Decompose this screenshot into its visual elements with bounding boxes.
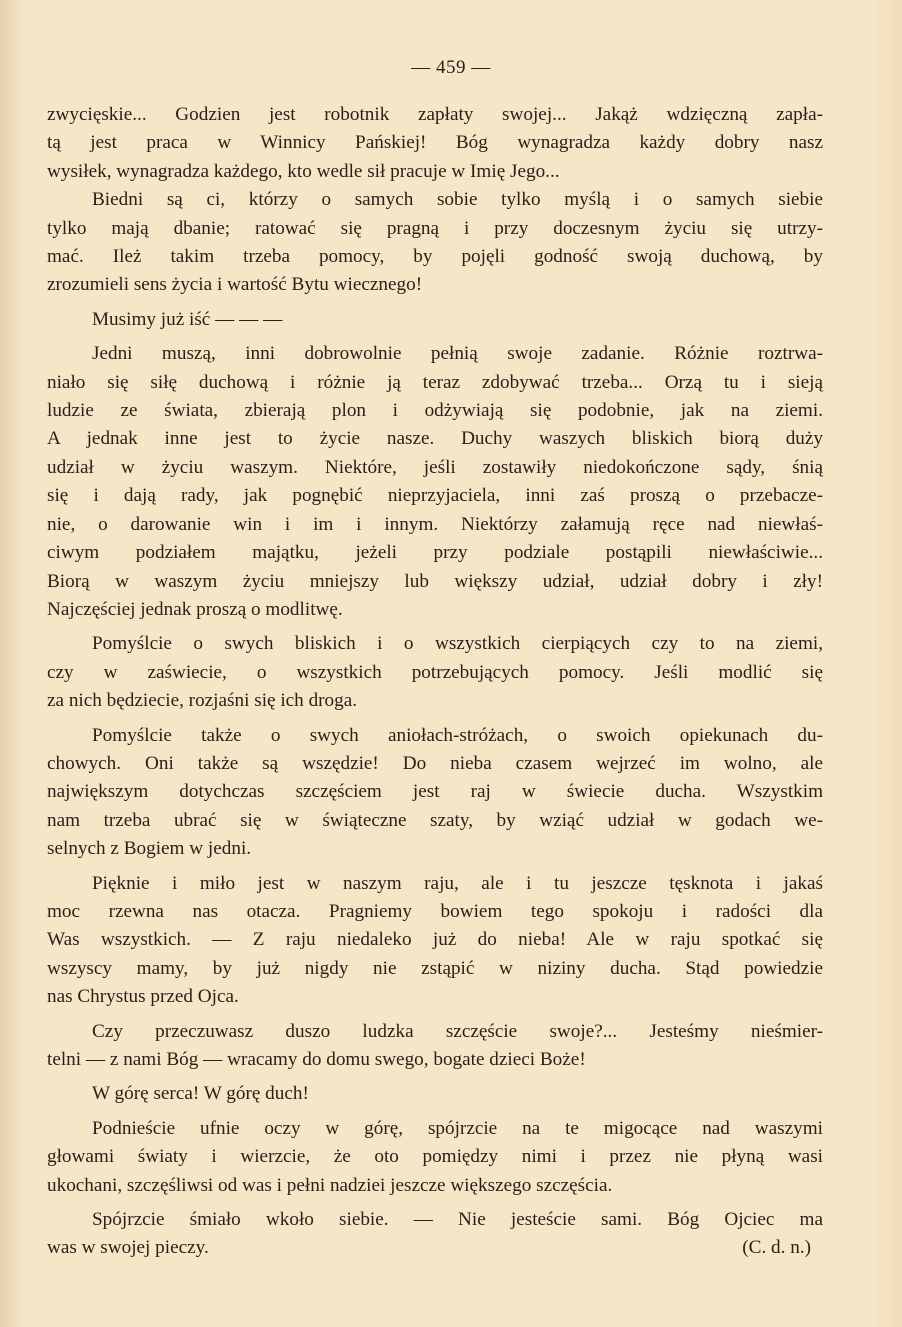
text-line: wszyscy mamy, by już nigdy nie zstąpić w…: [47, 955, 823, 983]
text-line: Spójrzcie śmiało wkoło siebie. — Nie jes…: [47, 1206, 823, 1234]
text-line: głowami światy i wierzcie, że oto pomięd…: [47, 1143, 823, 1171]
paragraph-continuation: zwycięskie... Godzien jest robotnik zapł…: [47, 101, 823, 186]
to-be-continued-note: (C. d. n.): [742, 1234, 811, 1262]
text-line: tą jest praca w Winnicy Pańskiej! Bóg wy…: [47, 129, 823, 157]
book-page: — 459 — zwycięskie... Godzien jest robot…: [0, 0, 902, 1327]
paragraph: Spójrzcie śmiało wkoło siebie. — Nie jes…: [47, 1206, 823, 1263]
text-line: nie, o darowanie win i im i innym. Niekt…: [47, 511, 823, 539]
paragraph: Podnieście ufnie oczy w górę, spójrzcie …: [47, 1115, 823, 1200]
text-line: Was wszystkich. — Z raju niedaleko już d…: [47, 926, 823, 954]
text-line: tylko mają dbanie; ratować się pragną i …: [47, 215, 823, 243]
text-line: W górę serca! W górę duch!: [47, 1080, 823, 1108]
text-line: się i dają rady, jak pognębić nieprzyjac…: [47, 482, 823, 510]
text-line: moc rzewna nas otacza. Pragniemy bowiem …: [47, 898, 823, 926]
paragraph: Pomyślcie także o swych aniołach-stróżac…: [47, 722, 823, 864]
text-line: wysiłek, wynagradza każdego, kto wedle s…: [47, 158, 823, 186]
text-line: Biorą w waszym życiu mniejszy lub większ…: [47, 568, 823, 596]
text-line: nam trzeba ubrać się w świąteczne szaty,…: [47, 807, 823, 835]
page-number: — 459 —: [0, 57, 902, 79]
text-line: Musimy już iść — — —: [47, 306, 823, 334]
text-line: Pięknie i miło jest w naszym raju, ale i…: [47, 870, 823, 898]
text-line: Jedni muszą, inni dobrowolnie pełnią swo…: [47, 340, 823, 368]
text-line: was w swojej pieczy.: [47, 1234, 823, 1262]
text-line: za nich będziecie, rozjaśni się ich drog…: [47, 687, 823, 715]
text-line: mać. Ileż takim trzeba pomocy, by pojęli…: [47, 243, 823, 271]
paragraph: W górę serca! W górę duch!: [47, 1080, 823, 1108]
text-line: ukochani, szczęśliwsi od was i pełni nad…: [47, 1172, 823, 1200]
text-line: Pomyślcie o swych bliskich i o wszystkic…: [47, 630, 823, 658]
page-text-body: zwycięskie... Godzien jest robotnik zapł…: [47, 101, 823, 1263]
text-line: zwycięskie... Godzien jest robotnik zapł…: [47, 101, 823, 129]
paragraph: Jedni muszą, inni dobrowolnie pełnią swo…: [47, 340, 823, 624]
text-line: czy w zaświecie, o wszystkich potrzebują…: [47, 659, 823, 687]
text-line: zrozumieli sens życia i wartość Bytu wie…: [47, 271, 823, 299]
text-line: selnych z Bogiem w jedni.: [47, 835, 823, 863]
text-line: ludzie ze świata, zbierają plon i odżywi…: [47, 397, 823, 425]
text-line: Podnieście ufnie oczy w górę, spójrzcie …: [47, 1115, 823, 1143]
text-line: Biedni są ci, którzy o samych sobie tylk…: [47, 186, 823, 214]
paragraph: Biedni są ci, którzy o samych sobie tylk…: [47, 186, 823, 300]
text-line: A jednak inne jest to życie nasze. Duchy…: [47, 425, 823, 453]
text-line: chowych. Oni także są wszędzie! Do nieba…: [47, 750, 823, 778]
text-line: Pomyślcie także o swych aniołach-stróżac…: [47, 722, 823, 750]
text-line: ciwym podziałem majątku, jeżeli przy pod…: [47, 539, 823, 567]
text-line: telni — z nami Bóg — wracamy do domu swe…: [47, 1046, 823, 1074]
paragraph: Musimy już iść — — —: [47, 306, 823, 334]
text-line: nas Chrystus przed Ojca.: [47, 983, 823, 1011]
paragraph: Pomyślcie o swych bliskich i o wszystkic…: [47, 630, 823, 715]
text-line: Najczęściej jednak proszą o modlitwę.: [47, 596, 823, 624]
paragraph: Czy przeczuwasz duszo ludzka szczęście s…: [47, 1018, 823, 1075]
text-line: niało się siłę duchową i różnie ją teraz…: [47, 369, 823, 397]
text-line: Czy przeczuwasz duszo ludzka szczęście s…: [47, 1018, 823, 1046]
paragraph: Pięknie i miło jest w naszym raju, ale i…: [47, 870, 823, 1012]
text-line: udział w życiu waszym. Niektóre, jeśli z…: [47, 454, 823, 482]
text-line: największym dotychczas szczęściem jest r…: [47, 778, 823, 806]
